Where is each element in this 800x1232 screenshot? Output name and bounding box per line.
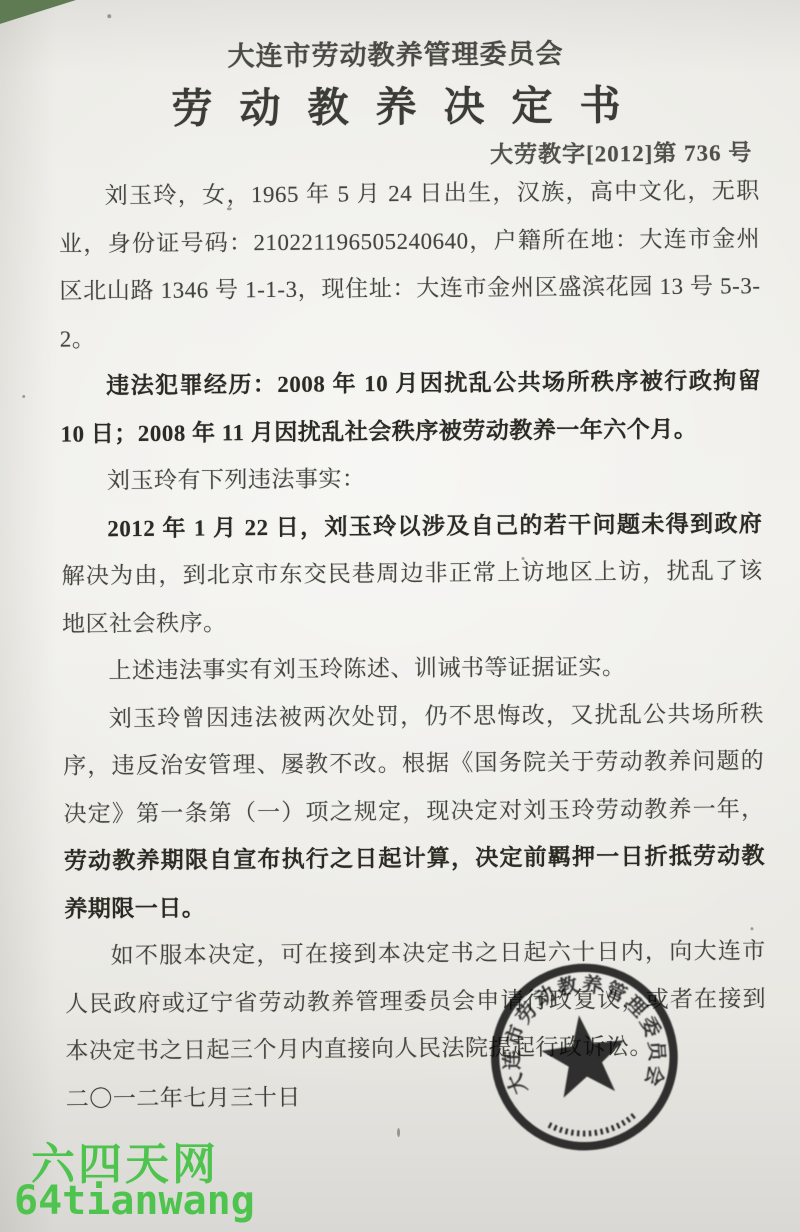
- scan-speck: [750, 927, 753, 930]
- paragraph-segment-bold: 2012 年 1 月 22 日，刘玉玲以涉及自己的若干问题未得到政府: [107, 511, 762, 541]
- issuing-authority: 大连市劳动教养管理委员会: [0, 30, 796, 75]
- paragraph-segment-bold: 劳动教养期限自宣布执行之日起计算，决定前羁押一日折抵劳动教养期限一日。: [64, 843, 765, 921]
- document-title: 劳动教养决定书: [0, 71, 796, 136]
- paragraph: 2012 年 1 月 22 日，刘玉玲以涉及自己的若干问题未得到政府解决为由，到…: [61, 500, 763, 648]
- document-number: 大劳教字[2012]第 736 号: [490, 134, 753, 169]
- watermark-64tianwang-en: 64tianwang: [14, 1178, 255, 1224]
- paragraph: 刘玉玲曾因违法被两次处罚，仍不思悔改，又扰乱公共场所秩序，违反治安管理、屡教不改…: [63, 690, 766, 933]
- paragraph-segment: 上述违法事实有刘玉玲陈述、训诫书等证据证实。: [108, 654, 625, 683]
- paragraph-segment: 刘玉玲曾因违法被两次处罚，仍不思悔改，又扰乱公共场所秩序，违反治安管理、屡教不改…: [63, 701, 765, 827]
- paragraph: 刘玉玲有下列违法事实：: [61, 452, 762, 505]
- paragraph: 违法犯罪经历：2008 年 10 月因扰乱公共场所秩序被行政拘留 10 日；20…: [60, 357, 762, 458]
- paragraph: 上述违法事实有刘玉玲陈述、训诫书等证据证实。: [62, 642, 763, 695]
- scan-speck: [522, 557, 525, 560]
- paragraph-segment: 刘玉玲，女，1965 年 5 月 24 日出生，汉族，高中文化，无职业，身份证号…: [59, 178, 761, 351]
- official-seal: 大连市劳动教养管理委员会: [486, 956, 684, 1160]
- scan-speck: [107, 14, 111, 18]
- paragraph-segment: 解决为由，到北京市东交民巷周边非正常上访地区上访，扰乱了该地区社会秩序。: [62, 558, 763, 636]
- scan-speck: [22, 395, 25, 398]
- scan-speck: [227, 207, 232, 210]
- scan-speck: [397, 1128, 400, 1137]
- paragraph-segment-bold: 违法犯罪经历：2008 年 10 月因扰乱公共场所秩序被行政拘留 10 日；20…: [60, 368, 761, 446]
- star-icon: [537, 1010, 631, 1100]
- paragraph-segment: 刘玉玲有下列违法事实：: [107, 466, 366, 493]
- paragraph: 刘玉玲，女，1965 年 5 月 24 日出生，汉族，高中文化，无职业，身份证号…: [59, 167, 761, 362]
- document-sheet: 大连市劳动教养管理委员会 劳动教养决定书 大劳教字[2012]第 736 号 刘…: [0, 0, 800, 1232]
